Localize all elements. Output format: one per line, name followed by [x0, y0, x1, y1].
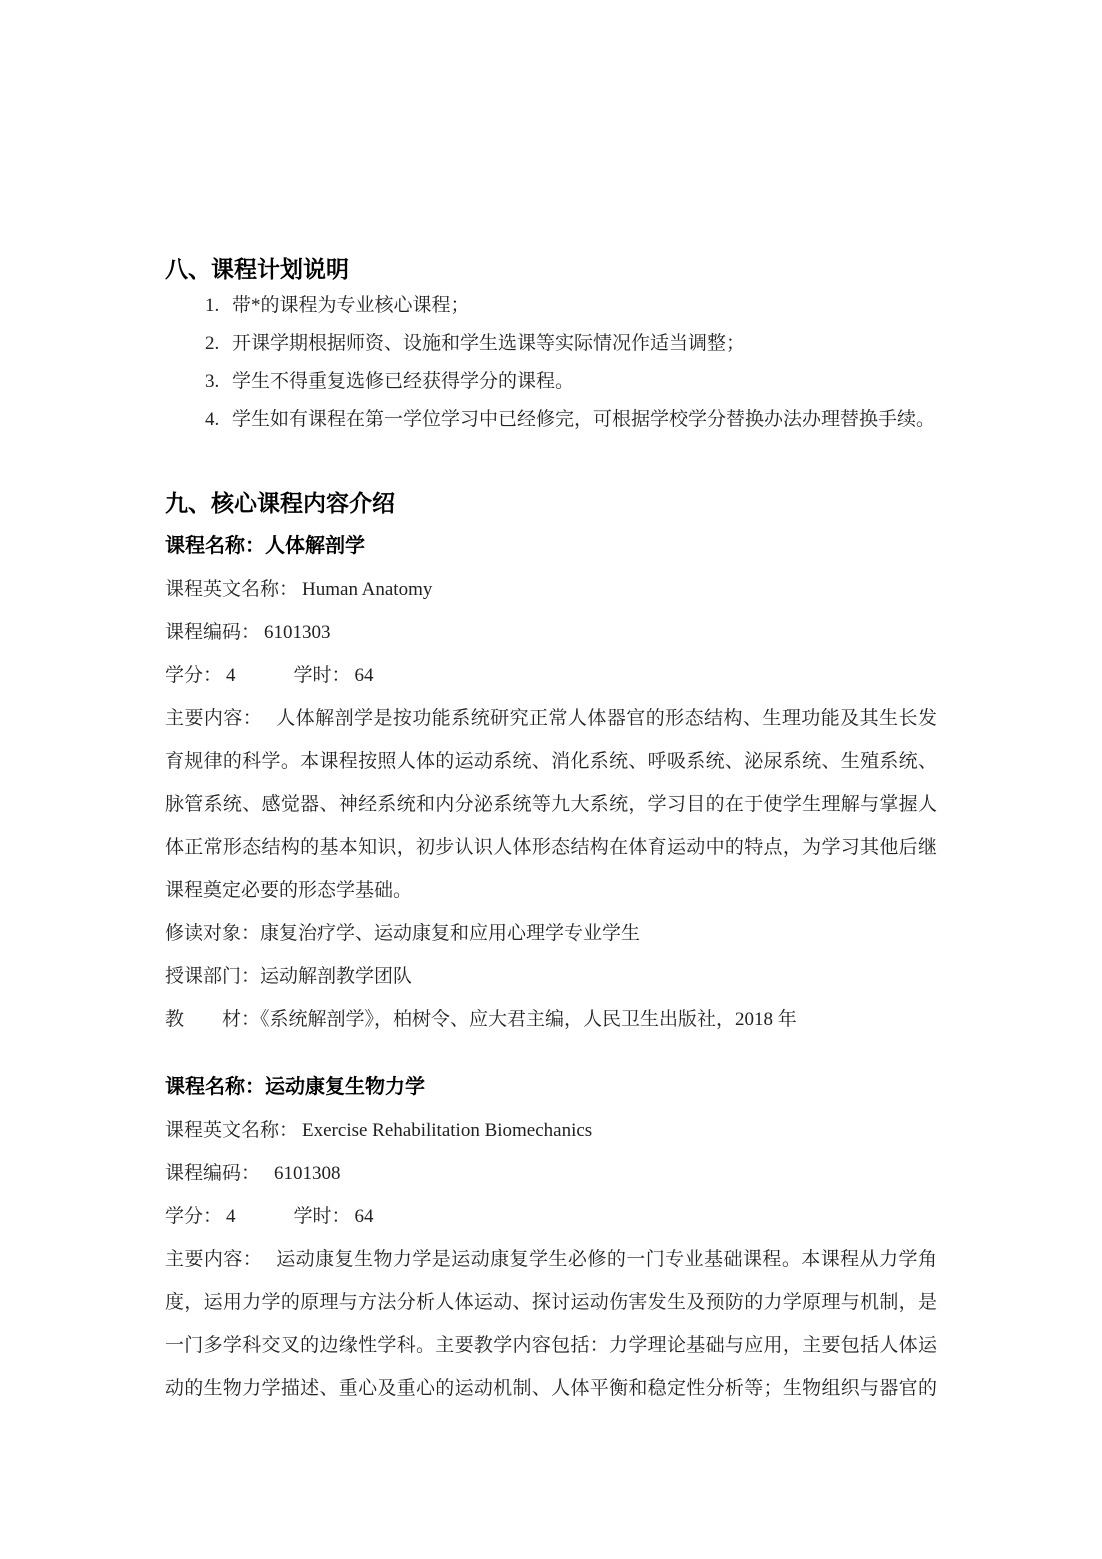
- english-name-value: Human Anatomy: [302, 579, 432, 600]
- course-code-line: 课程编码：6101308: [165, 1152, 937, 1195]
- main-content-paragraph: 主要内容：人体解剖学是按功能系统研究正常人体器官的形态结构、生理功能及其生长发育…: [165, 697, 937, 912]
- document-content: 八、课程计划说明 1.带*的课程为专业核心课程； 2.开课学期根据师资、设施和学…: [0, 0, 1102, 1410]
- main-content-paragraph: 主要内容：运动康复生物力学是运动康复学生必修的一门专业基础课程。本课程从力学角度…: [165, 1238, 937, 1410]
- textbook-label: 教 材：: [165, 1009, 260, 1030]
- hours-label: 学时：: [294, 665, 351, 686]
- credits-value: 4: [226, 1206, 236, 1227]
- course-code-label: 课程编码：: [165, 1163, 260, 1184]
- textbook-value: 《系统解剖学》，柏树令、应大君主编，人民卫生出版社，2018 年: [260, 1009, 797, 1030]
- course-name-line: 课程名称：运动康复生物力学: [165, 1066, 937, 1109]
- section-plan-heading: 八、课程计划说明: [165, 253, 937, 285]
- credits-label: 学分：: [165, 1206, 222, 1227]
- hours-value: 64: [355, 665, 374, 686]
- note-text: 开课学期根据师资、设施和学生选课等实际情况作适当调整；: [232, 333, 745, 354]
- course-code-value: 6101308: [274, 1163, 341, 1184]
- course-name-line: 课程名称：人体解剖学: [165, 525, 937, 568]
- course-name-label: 课程名称：: [165, 535, 265, 557]
- english-name-label: 课程英文名称：: [165, 1120, 298, 1141]
- plan-note-item: 3.学生不得重复选修已经获得学分的课程。: [165, 363, 937, 401]
- english-name-label: 课程英文名称：: [165, 579, 298, 600]
- course-block-human-anatomy: 课程名称：人体解剖学 课程英文名称：Human Anatomy 课程编码：610…: [165, 525, 937, 1041]
- english-name-line: 课程英文名称：Human Anatomy: [165, 568, 937, 611]
- plan-note-item: 4.学生如有课程在第一学位学习中已经修完，可根据学校学分替换办法办理替换手续。: [165, 401, 937, 439]
- audience-value: 康复治疗学、运动康复和应用心理学专业学生: [260, 923, 640, 944]
- note-text: 学生如有课程在第一学位学习中已经修完，可根据学校学分替换办法办理替换手续。: [232, 409, 935, 430]
- note-text: 学生不得重复选修已经获得学分的课程。: [232, 371, 574, 392]
- audience-label: 修读对象：: [165, 923, 260, 944]
- course-block-exercise-rehab-biomechanics: 课程名称：运动康复生物力学 课程英文名称：Exercise Rehabilita…: [165, 1066, 937, 1410]
- note-text: 带*的课程为专业核心课程；: [232, 295, 470, 316]
- credits-hours-line: 学分：4学时：64: [165, 654, 937, 697]
- english-name-value: Exercise Rehabilitation Biomechanics: [302, 1120, 592, 1141]
- note-number: 2.: [205, 325, 232, 363]
- department-value: 运动解剖教学团队: [260, 966, 412, 987]
- credits-value: 4: [226, 665, 236, 686]
- audience-line: 修读对象：康复治疗学、运动康复和应用心理学专业学生: [165, 912, 937, 955]
- department-label: 授课部门：: [165, 966, 260, 987]
- department-line: 授课部门：运动解剖教学团队: [165, 955, 937, 998]
- main-content-text: 人体解剖学是按功能系统研究正常人体器官的形态结构、生理功能及其生长发育规律的科学…: [165, 708, 937, 901]
- main-content-text: 运动康复生物力学是运动康复学生必修的一门专业基础课程。本课程从力学角度，运用力学…: [165, 1249, 937, 1399]
- credits-label: 学分：: [165, 665, 222, 686]
- note-number: 3.: [205, 363, 232, 401]
- plan-notes-list: 1.带*的课程为专业核心课程； 2.开课学期根据师资、设施和学生选课等实际情况作…: [165, 287, 937, 439]
- course-name-value: 人体解剖学: [265, 535, 365, 557]
- section-core-heading: 九、核心课程内容介绍: [165, 487, 937, 519]
- credits-hours-line: 学分：4学时：64: [165, 1195, 937, 1238]
- textbook-line: 教 材：《系统解剖学》，柏树令、应大君主编，人民卫生出版社，2018 年: [165, 998, 937, 1041]
- hours-value: 64: [355, 1206, 374, 1227]
- note-number: 1.: [205, 287, 232, 325]
- english-name-line: 课程英文名称：Exercise Rehabilitation Biomechan…: [165, 1109, 937, 1152]
- main-content-label: 主要内容：: [165, 708, 262, 729]
- course-code-line: 课程编码：6101303: [165, 611, 937, 654]
- note-number: 4.: [205, 401, 232, 439]
- course-name-label: 课程名称：: [165, 1076, 265, 1098]
- hours-label: 学时：: [294, 1206, 351, 1227]
- course-name-value: 运动康复生物力学: [265, 1076, 425, 1098]
- course-code-label: 课程编码：: [165, 622, 260, 643]
- main-content-label: 主要内容：: [165, 1249, 262, 1270]
- plan-note-item: 2.开课学期根据师资、设施和学生选课等实际情况作适当调整；: [165, 325, 937, 363]
- document-page: 八、课程计划说明 1.带*的课程为专业核心课程； 2.开课学期根据师资、设施和学…: [0, 0, 1102, 1559]
- plan-note-item: 1.带*的课程为专业核心课程；: [165, 287, 937, 325]
- course-code-value: 6101303: [264, 622, 331, 643]
